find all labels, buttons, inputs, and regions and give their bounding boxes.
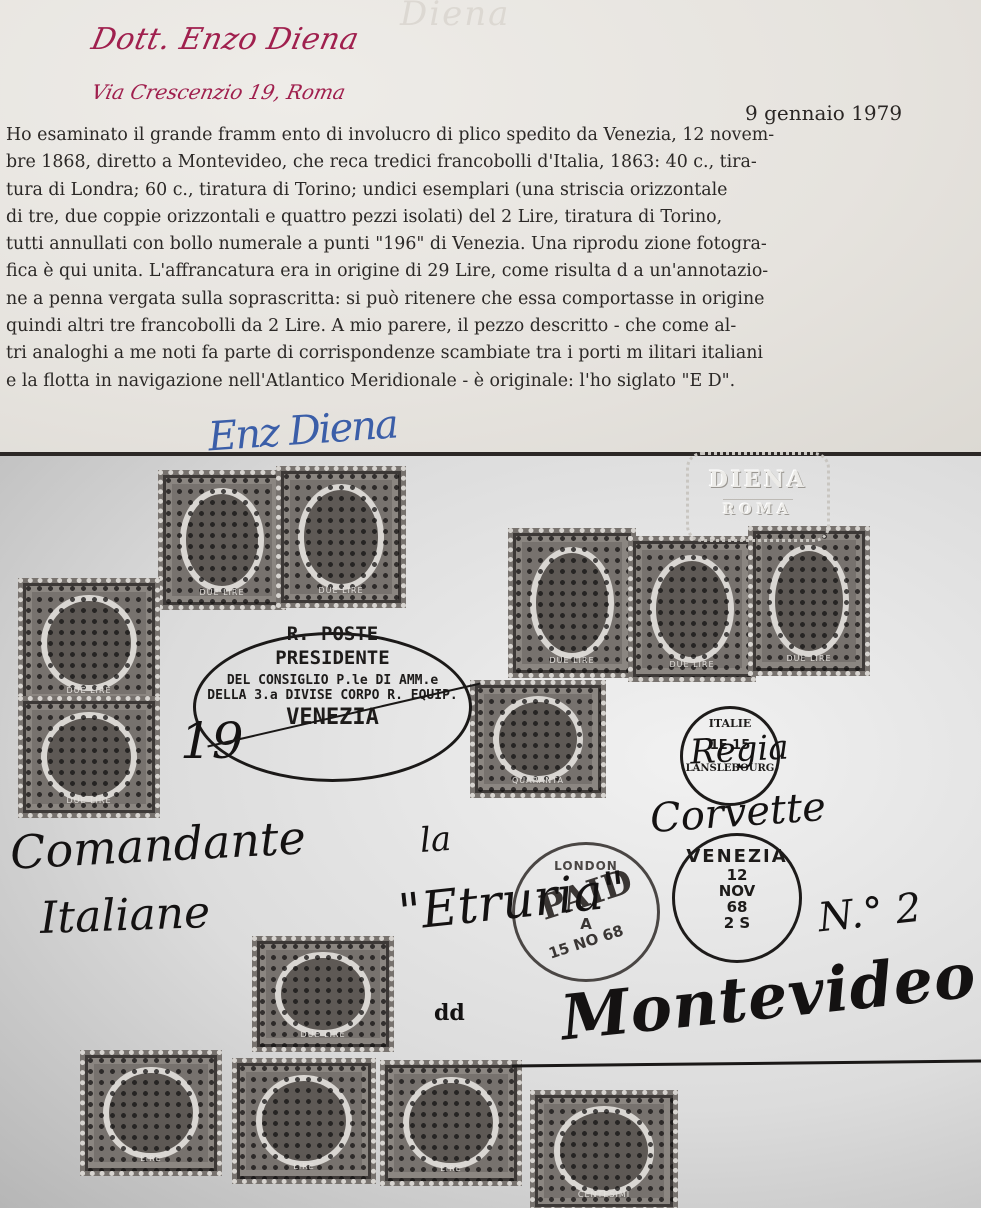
body-line: di tre, due coppie orizzontali e quattro…	[6, 204, 978, 231]
watermark: Diena	[400, 0, 510, 34]
stamp: LIRE	[380, 1060, 522, 1186]
diena-emboss-seal: DIENA ROMA	[686, 452, 830, 542]
venezia-postmark: VENEZIA 12 NOV 68 2 S	[672, 833, 802, 963]
manuscript-la: la	[419, 819, 453, 861]
stamp: LIRE	[232, 1058, 376, 1184]
stamp: CENTESIMI	[530, 1090, 678, 1208]
manuscript-dd: dd	[434, 1000, 465, 1026]
expertise-certificate: Diena Dott. Enzo Diena Via Crescenzio 19…	[0, 0, 981, 455]
stamp: DUE LIRE	[508, 528, 636, 678]
stamp: DUE LIRE	[158, 470, 286, 610]
body-line: e la flotta in navigazione nell'Atlantic…	[6, 368, 978, 395]
stamp: DUE LIRE	[18, 578, 160, 708]
certificate-body: Ho esaminato il grande framm ento di inv…	[6, 122, 978, 395]
body-line: bre 1868, diretto a Montevideo, che reca…	[6, 149, 978, 176]
stamp: LIRE	[80, 1050, 222, 1176]
body-line: fica è qui unita. L'affrancatura era in …	[6, 258, 978, 285]
stamp: DUE LIRE	[252, 936, 394, 1052]
manuscript-italiane: Italiane	[39, 887, 211, 944]
stamp: DUE LIRE	[18, 696, 160, 818]
letterhead-address: Via Crescenzio 19, Roma	[89, 80, 347, 104]
stamp: QUARANTA	[470, 680, 606, 798]
letterhead-name: Dott. Enzo Diena	[88, 22, 362, 57]
stamp: DUE LIRE	[748, 526, 870, 676]
body-line: ne a penna vergata sulla soprascritta: s…	[6, 286, 978, 313]
body-line: tutti annullati con bollo numerale a pun…	[6, 231, 978, 258]
manuscript-regia: Regia	[689, 727, 790, 772]
stamp: DUE LIRE	[628, 536, 756, 682]
body-line: tri analoghi a me noti fa parte di corri…	[6, 340, 978, 367]
body-line: quindi altri tre francobolli da 2 Lire. …	[6, 313, 978, 340]
stamp: DUE LIRE	[276, 466, 406, 608]
body-line: Ho esaminato il grande framm ento di inv…	[6, 122, 978, 149]
body-line: tura di Londra; 60 c., tiratura di Torin…	[6, 177, 978, 204]
